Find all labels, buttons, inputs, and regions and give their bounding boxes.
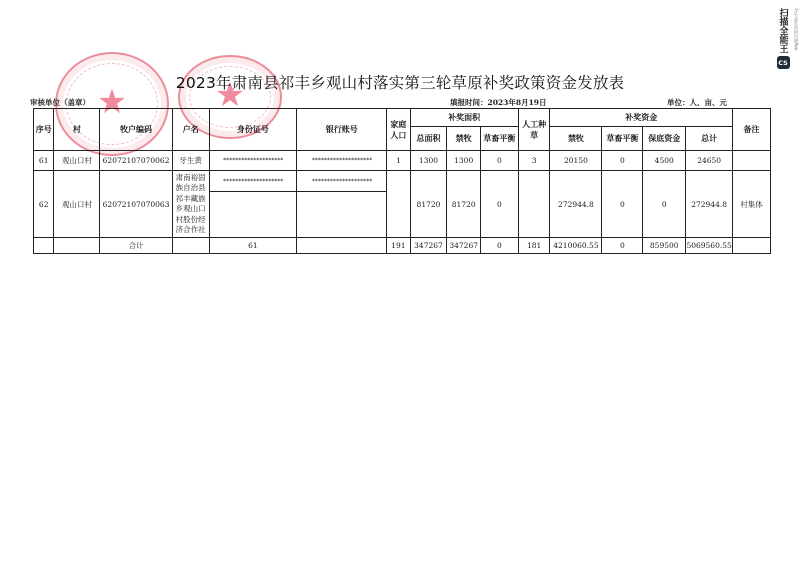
cell-village: 观山口村 xyxy=(54,151,100,171)
total-artificial-grass: 181 xyxy=(518,238,550,254)
col-fund-grazing-ban: 禁牧 xyxy=(550,127,602,151)
cell-bank-empty xyxy=(297,238,387,254)
cell-fund-grazing-ban: 272944.8 xyxy=(550,171,602,238)
col-household-name: 户名 xyxy=(172,109,209,151)
header-row-top: 序号 村 牧户编码 户名 身份证号 银行账号 家庭人口 补奖面积 人工种草 补奖… xyxy=(34,109,771,127)
watermark-subtitle: 3亿人都在用的扫描App xyxy=(793,8,799,50)
cell-area-balance: 0 xyxy=(481,151,519,171)
col-id-number: 身份证号 xyxy=(209,109,297,151)
total-id-count: 61 xyxy=(209,238,297,254)
cell-id-number: ******************** xyxy=(209,171,297,192)
total-row: 合计 61 191 347267 347267 0 181 4210060.55… xyxy=(34,238,771,254)
col-fund-base: 保底资金 xyxy=(643,127,686,151)
subsidy-table: 序号 村 牧户编码 户名 身份证号 银行账号 家庭人口 补奖面积 人工种草 补奖… xyxy=(33,108,771,254)
col-group-subsidy-area: 补奖面积 xyxy=(410,109,518,127)
total-fund-grazing-ban: 4210060.55 xyxy=(550,238,602,254)
cell-id-number: ******************** xyxy=(209,151,297,171)
cell-family-pop xyxy=(387,171,410,238)
cell-bank-account-empty xyxy=(297,192,387,238)
cell-family-pop: 1 xyxy=(387,151,410,171)
document-title: 2023年肃南县祁丰乡观山村落实第三轮草原补奖政策资金发放表 xyxy=(0,71,800,93)
cell-seq: 62 xyxy=(34,171,54,238)
col-remarks: 备注 xyxy=(733,109,771,151)
col-bank-account: 银行账号 xyxy=(297,109,387,151)
cell-fund-total: 24650 xyxy=(686,151,733,171)
cell-herder-code: 62072107070062 xyxy=(100,151,172,171)
total-fund-total: 5069560.55 xyxy=(686,238,733,254)
cell-area-grazing-ban: 81720 xyxy=(447,171,481,238)
total-area-grazing-ban: 347267 xyxy=(447,238,481,254)
total-fund-base: 859500 xyxy=(643,238,686,254)
col-herder-code: 牧户编码 xyxy=(100,109,172,151)
cell-artificial-grass xyxy=(518,171,550,238)
cell-bank-account: ******************** xyxy=(297,171,387,192)
cell-area-total: 1300 xyxy=(410,151,447,171)
cell-bank-account: ******************** xyxy=(297,151,387,171)
cell-fund-balance: 0 xyxy=(602,151,643,171)
cell-herder-code: 62072107070063 xyxy=(100,171,172,238)
col-area-total: 总面积 xyxy=(410,127,447,151)
watermark-brand: 扫描全能王 xyxy=(777,8,790,53)
total-remarks xyxy=(733,238,771,254)
col-artificial-grass: 人工种草 xyxy=(518,109,550,151)
total-family-pop: 191 xyxy=(387,238,410,254)
cell-seq: 61 xyxy=(34,151,54,171)
table-row: 61 观山口村 62072107070062 牙生黄 *************… xyxy=(34,151,771,171)
cell-fund-base: 4500 xyxy=(643,151,686,171)
cell-seq-empty xyxy=(34,238,54,254)
cell-area-grazing-ban: 1300 xyxy=(447,151,481,171)
col-seq: 序号 xyxy=(34,109,54,151)
cell-fund-balance: 0 xyxy=(602,171,643,238)
cell-village: 观山口村 xyxy=(54,171,100,238)
cell-remarks xyxy=(733,151,771,171)
unit-label: 单位：人、亩、元 xyxy=(667,97,727,108)
table-row: 62 观山口村 62072107070063 肃南裕固族自治县祁丰藏族乡观山口村… xyxy=(34,171,771,192)
cell-fund-grazing-ban: 20150 xyxy=(550,151,602,171)
cell-fund-base: 0 xyxy=(643,171,686,238)
col-area-grazing-ban: 禁牧 xyxy=(447,127,481,151)
col-family-pop: 家庭人口 xyxy=(387,109,410,151)
col-fund-balance: 草畜平衡 xyxy=(602,127,643,151)
total-label: 合计 xyxy=(100,238,172,254)
camscanner-logo-icon: CS xyxy=(777,56,790,69)
cell-household-name: 牙生黄 xyxy=(172,151,209,171)
total-area-balance: 0 xyxy=(481,238,519,254)
cell-area-balance: 0 xyxy=(481,171,519,238)
total-area-total: 347267 xyxy=(410,238,447,254)
cell-id-number-empty xyxy=(209,192,297,238)
fill-date: 填报时间：2023年8月19日 xyxy=(450,97,547,108)
col-village: 村 xyxy=(54,109,100,151)
cell-area-total: 81720 xyxy=(410,171,447,238)
cell-household-empty xyxy=(172,238,209,254)
cell-household-name: 肃南裕固族自治县祁丰藏族乡观山口村股份经济合作社 xyxy=(172,171,209,238)
cell-artificial-grass: 3 xyxy=(518,151,550,171)
review-unit-label: 审核单位（盖章） xyxy=(30,97,90,108)
cell-village-empty xyxy=(54,238,100,254)
cell-fund-total: 272944.8 xyxy=(686,171,733,238)
col-area-balance: 草畜平衡 xyxy=(481,127,519,151)
col-fund-total: 总计 xyxy=(686,127,733,151)
col-group-subsidy-funds: 补奖资金 xyxy=(550,109,733,127)
cell-remarks: 村集体 xyxy=(733,171,771,238)
total-fund-balance: 0 xyxy=(602,238,643,254)
